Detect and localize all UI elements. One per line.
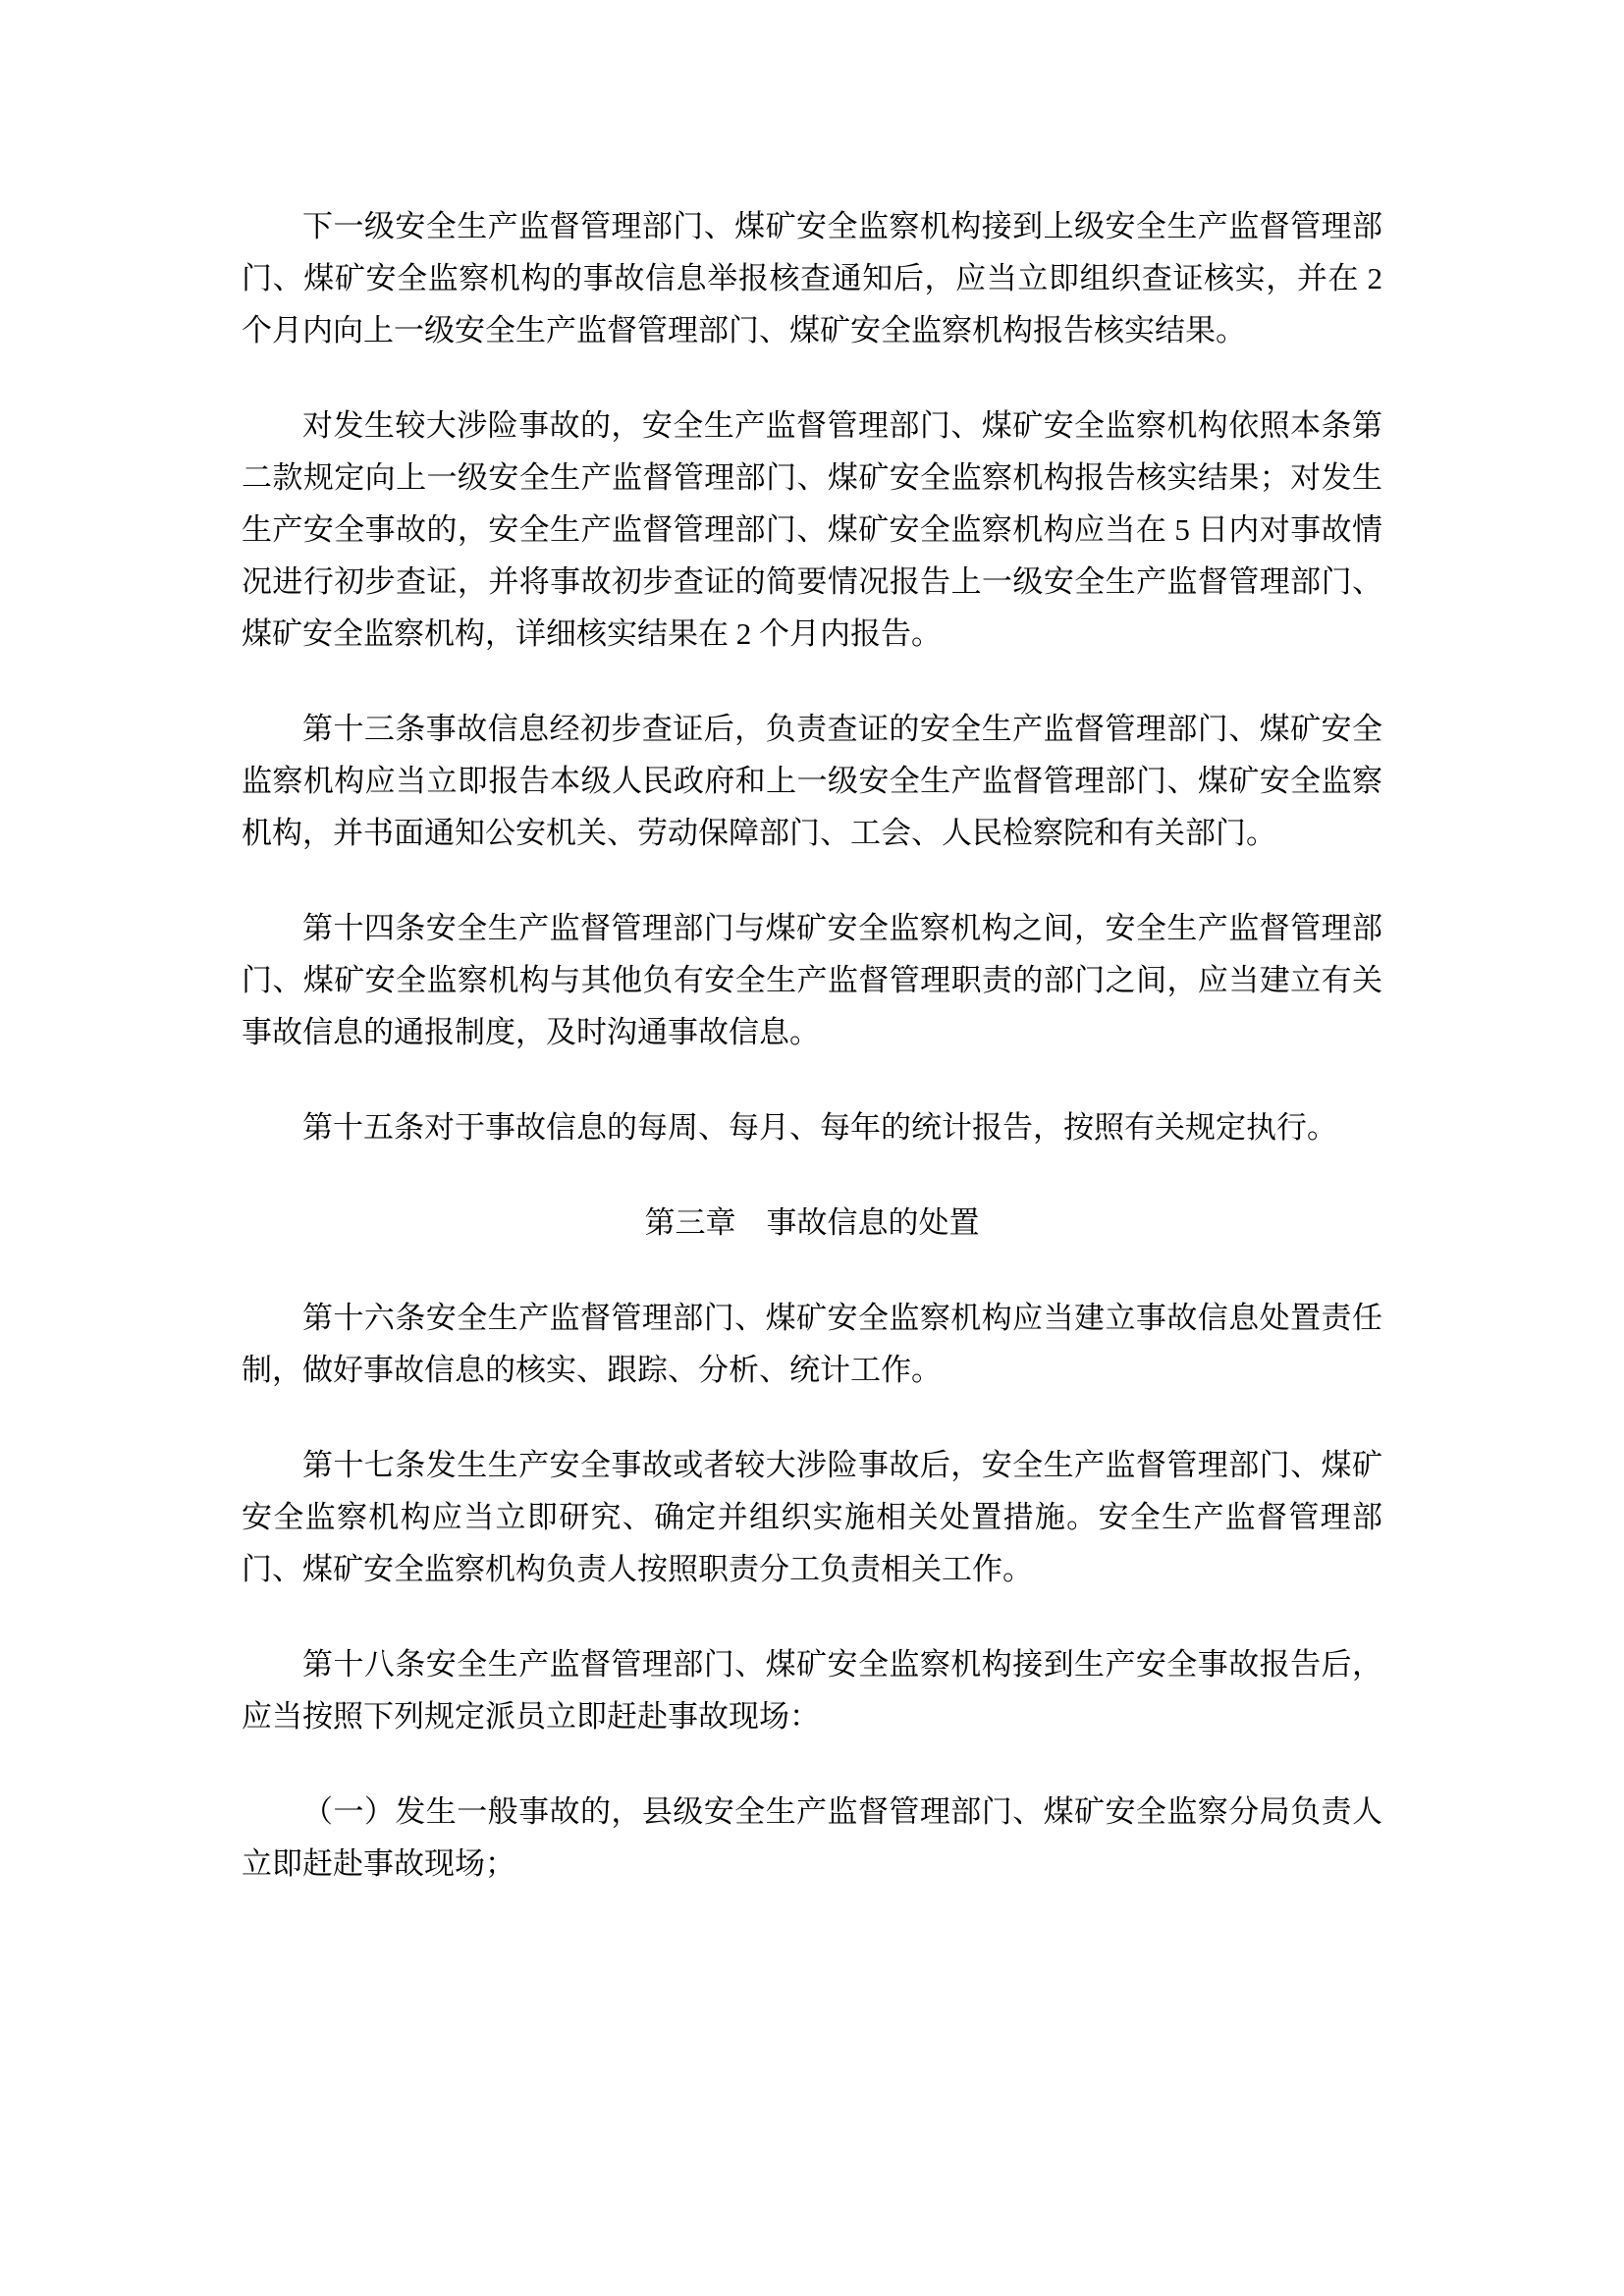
paragraph: 第十四条安全生产监督管理部门与煤矿安全监察机构之间，安全生产监督管理部门、煤矿安…	[242, 902, 1382, 1058]
paragraph: （一）发生一般事故的，县级安全生产监督管理部门、煤矿安全监察分局负责人立即赶赴事…	[242, 1786, 1382, 1890]
paragraph: 对发生较大涉险事故的，安全生产监督管理部门、煤矿安全监察机构依照本条第二款规定向…	[242, 400, 1382, 660]
paragraph: 第十六条安全生产监督管理部门、煤矿安全监察机构应当建立事故信息处置责任制，做好事…	[242, 1292, 1382, 1396]
paragraph: 第十三条事故信息经初步查证后，负责查证的安全生产监督管理部门、煤矿安全监察机构应…	[242, 703, 1382, 859]
paragraph: 第十五条对于事故信息的每周、每月、每年的统计报告，按照有关规定执行。	[242, 1101, 1382, 1153]
paragraph: 下一级安全生产监督管理部门、煤矿安全监察机构接到上级安全生产监督管理部门、煤矿安…	[242, 200, 1382, 356]
paragraph: 第十七条发生生产安全事故或者较大涉险事故后，安全生产监督管理部门、煤矿安全监察机…	[242, 1439, 1382, 1595]
chapter-heading: 第三章 事故信息的处置	[242, 1197, 1382, 1249]
document-page: 下一级安全生产监督管理部门、煤矿安全监察机构接到上级安全生产监督管理部门、煤矿安…	[0, 0, 1624, 2296]
document-content: 下一级安全生产监督管理部门、煤矿安全监察机构接到上级安全生产监督管理部门、煤矿安…	[242, 200, 1382, 1890]
paragraph: 第十八条安全生产监督管理部门、煤矿安全监察机构接到生产安全事故报告后，应当按照下…	[242, 1638, 1382, 1742]
